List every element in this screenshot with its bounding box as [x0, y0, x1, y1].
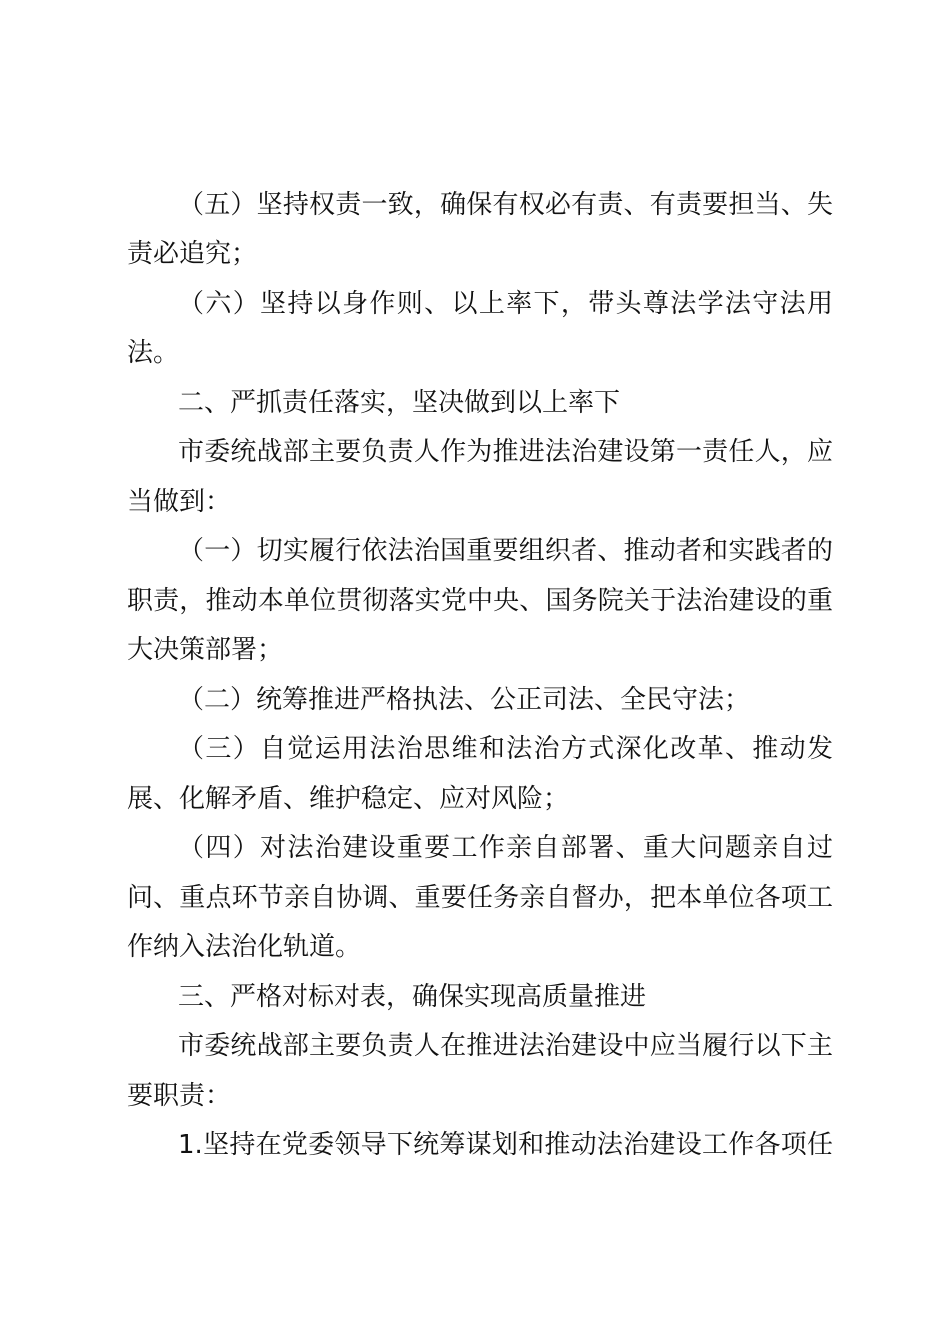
document-page: （五）坚持权责一致，确保有权必有责、有责要担当、失 责必追究； （六）坚持以身作… — [0, 0, 950, 1344]
paragraph-line: （五）坚持权责一致，确保有权必有责、有责要担当、失 — [178, 187, 833, 223]
paragraph-line: 展、化解矛盾、维护稳定、应对风险； — [127, 781, 833, 817]
section-heading: 三、严格对标对表，确保实现高质量推进 — [178, 979, 833, 1015]
paragraph-line: 当做到： — [127, 484, 833, 520]
paragraph-line: 法。 — [127, 335, 833, 371]
paragraph-line: （一）切实履行依法治国重要组织者、推动者和实践者的 — [178, 533, 833, 569]
paragraph-line: 市委统战部主要负责人在推进法治建设中应当履行以下主 — [178, 1028, 833, 1064]
section-heading: 二、严抓责任落实，坚决做到以上率下 — [178, 385, 833, 421]
paragraph-line: 问、重点环节亲自协调、重要任务亲自督办，把本单位各项工 — [127, 880, 833, 916]
paragraph-line: 大决策部署； — [127, 632, 833, 668]
paragraph-line: （二）统筹推进严格执法、公正司法、全民守法； — [178, 682, 833, 718]
paragraph-line: 责必追究； — [127, 236, 833, 272]
paragraph-line: （六）坚持以身作则、以上率下，带头尊法学法守法用 — [178, 286, 833, 322]
paragraph-line: 职责，推动本单位贯彻落实党中央、国务院关于法治建设的重 — [127, 583, 833, 619]
paragraph-line: 市委统战部主要负责人作为推进法治建设第一责任人，应 — [178, 434, 833, 470]
paragraph-line: （四）对法治建设重要工作亲自部署、重大问题亲自过 — [178, 830, 833, 866]
paragraph-line: 要职责： — [127, 1078, 833, 1114]
paragraph-line: （三）自觉运用法治思维和法治方式深化改革、推动发 — [178, 731, 833, 767]
paragraph-line: 作纳入法治化轨道。 — [127, 929, 833, 965]
paragraph-line: 1.坚持在党委领导下统筹谋划和推动法治建设工作各项任 — [178, 1127, 833, 1163]
